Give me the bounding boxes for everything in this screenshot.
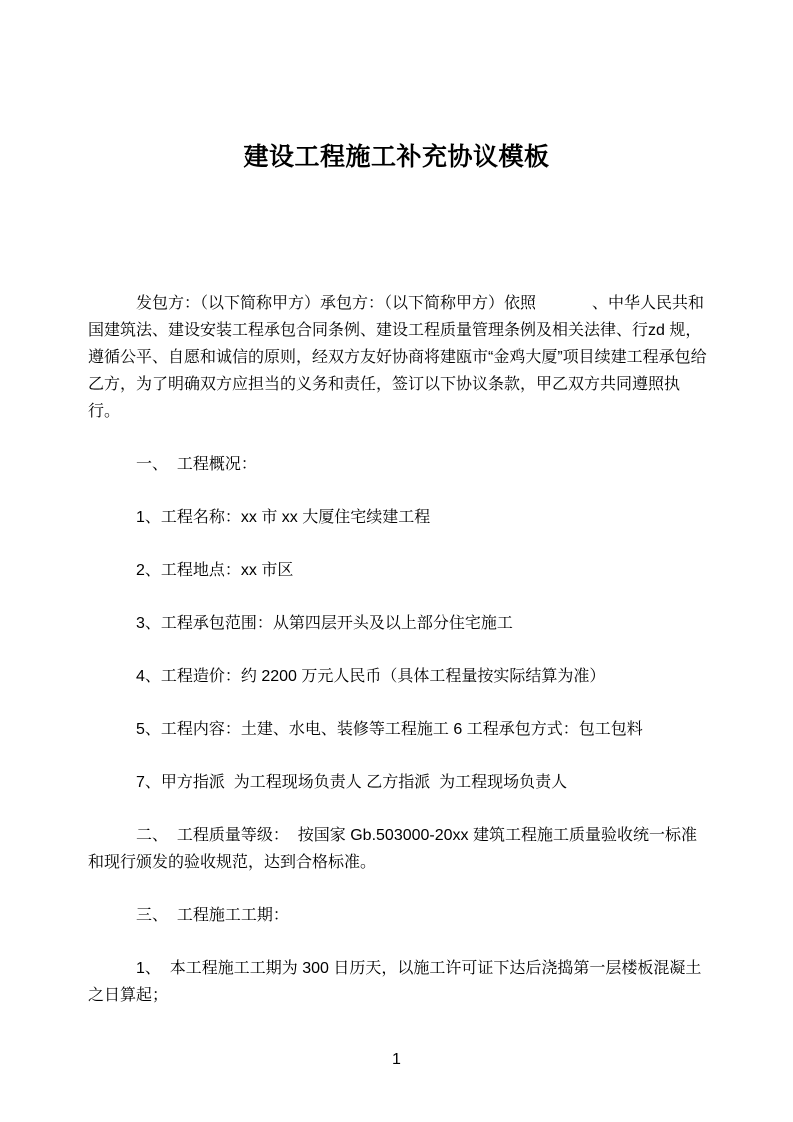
page-number: 1: [0, 1048, 793, 1072]
item-site-representatives: 7、甲方指派 为工程现场负责人 乙方指派 为工程现场负责人: [88, 769, 711, 796]
item-contract-scope: 3、工程承包范围：从第四层开头及以上部分住宅施工: [88, 610, 711, 637]
item-project-name: 1、工程名称：xx 市 xx 大厦住宅续建工程: [88, 504, 711, 531]
document-page: 建设工程施工补充协议模板 发包方：（以下简称甲方）承包方：（以下简称甲方）依照、…: [0, 0, 793, 1122]
section-3-construction-period: 1、 本工程施工工期为 300 日历天，以施工许可证下达后浇捣第一层楼板混凝土之…: [88, 955, 711, 1009]
document-body: 发包方：（以下简称甲方）承包方：（以下简称甲方）依照、中华人民共和国建筑法、建设…: [88, 290, 711, 1009]
item-project-content: 5、工程内容：土建、水电、装修等工程施工 6 工程承包方式：包工包料: [88, 716, 711, 743]
fill-in-blank: [536, 307, 592, 308]
section-3-heading: 三、 工程施工工期：: [88, 902, 711, 929]
document-title: 建设工程施工补充协议模板: [0, 0, 793, 173]
section-2-quality-grade: 二、 工程质量等级： 按国家 Gb.503000-20xx 建筑工程施工质量验收…: [88, 822, 711, 876]
item-project-cost: 4、工程造价：约 2200 万元人民币（具体工程量按实际结算为准）: [88, 663, 711, 690]
item-project-location: 2、工程地点：xx 市区: [88, 557, 711, 584]
intro-text-after-blank: 、中华人民共和国建筑法、建设安装工程承包合同条例、建设工程质量管理条例及相关法律…: [88, 295, 707, 420]
intro-text-before-blank: 发包方：（以下简称甲方）承包方：（以下简称甲方）依照: [136, 295, 536, 312]
section-1-heading: 一、 工程概况：: [88, 451, 711, 478]
intro-paragraph: 发包方：（以下简称甲方）承包方：（以下简称甲方）依照、中华人民共和国建筑法、建设…: [88, 290, 711, 425]
